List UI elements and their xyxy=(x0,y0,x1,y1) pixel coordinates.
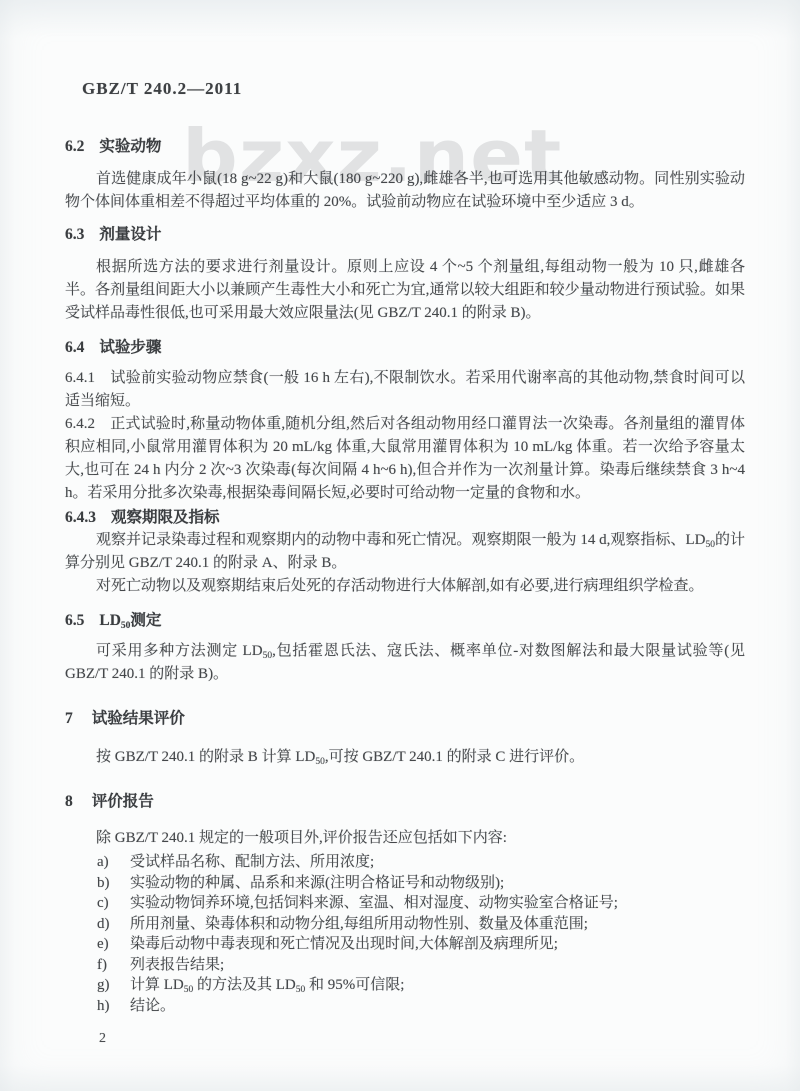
clause-number: 6.4.1 xyxy=(65,370,95,386)
text-run: 的方法及其 LD xyxy=(193,977,296,993)
item-label: b) xyxy=(97,873,117,894)
clause-text: 正式试验时,称量动物体重,随机分组,然后对各组动物用经口灌胃法一次染毒。各剂量组… xyxy=(65,416,745,501)
document-page: bzxz.net GBZ/T 240.2—2011 6.2实验动物 首选健康成年… xyxy=(0,0,800,1091)
item-text: 染毒后动物中毒表现和死亡情况及出现时间,大体解剖及病理所见; xyxy=(130,936,558,952)
section-title: 剂量设计 xyxy=(99,226,161,243)
section-number: 6.2 xyxy=(65,138,84,155)
item-label: d) xyxy=(97,914,117,935)
subscript: 50 xyxy=(296,985,306,995)
section-6-4-heading: 6.4试验步骤 xyxy=(65,337,745,359)
text-run: 和 95%可信限; xyxy=(305,977,404,993)
report-item-a: a)受试样品名称、配制方法、所用浓度; xyxy=(97,852,745,873)
section-8-heading: 8评价报告 xyxy=(65,791,745,813)
report-item-g: g)计算 LD50 的方法及其 LD50 和 95%可信限; xyxy=(97,975,745,996)
item-text: 受试样品名称、配制方法、所用浓度; xyxy=(130,854,374,870)
item-text: 实验动物饲养环境,包括饲料来源、室温、相对湿度、动物实验室合格证号; xyxy=(130,895,618,911)
report-item-d: d)所用剂量、染毒体积和动物分组,每组所用动物性别、数量及体重范围; xyxy=(97,914,745,935)
item-text: 列表报告结果; xyxy=(130,957,224,973)
item-label: e) xyxy=(97,934,117,955)
item-label: h) xyxy=(97,996,117,1017)
clause-number: 6.4.2 xyxy=(65,416,95,432)
item-label: f) xyxy=(97,955,117,976)
report-item-f: f)列表报告结果; xyxy=(97,955,745,976)
section-number: 8 xyxy=(65,793,73,810)
paragraph-6-4-1: 6.4.1试验前实验动物应禁食(一般 16 h 左右),不限制饮水。若采用代谢率… xyxy=(65,367,745,413)
item-label: c) xyxy=(97,893,117,914)
section-6-4-3-heading: 6.4.3观察期限及指标 xyxy=(65,507,745,529)
text-run: 观察并记录染毒过程和观察期内的动物中毒和死亡情况。观察期限一般为 14 d,观察… xyxy=(96,532,705,548)
text-run: 按 GBZ/T 240.1 的附录 B 计算 LD xyxy=(96,749,315,765)
page-content: GBZ/T 240.2—2011 6.2实验动物 首选健康成年小鼠(18 g~2… xyxy=(0,0,800,1048)
section-title: 实验动物 xyxy=(99,138,161,155)
subscript: 50 xyxy=(705,540,715,550)
section-number: 6.5 xyxy=(65,612,84,629)
section-number: 6.4.3 xyxy=(65,509,96,526)
subscript: 50 xyxy=(121,621,131,631)
paragraph-6-3: 根据所选方法的要求进行剂量设计。原则上应设 4 个~5 个剂量组,每组动物一般为… xyxy=(65,256,745,325)
paragraph-6-2: 首选健康成年小鼠(18 g~22 g)和大鼠(180 g~220 g),雌雄各半… xyxy=(65,168,745,214)
paragraph-6-4-3-necropsy: 对死亡动物以及观察期结束后处死的存活动物进行大体解剖,如有必要,进行病理组织学检… xyxy=(65,575,745,598)
text-run: ,可按 GBZ/T 240.1 的附录 C 进行评价。 xyxy=(325,749,584,765)
item-text: 实验动物的种属、品系和来源(注明合格证号和动物级别); xyxy=(130,875,504,891)
report-items-list: a)受试样品名称、配制方法、所用浓度; b)实验动物的种属、品系和来源(注明合格… xyxy=(97,852,745,1016)
item-label: g) xyxy=(97,975,117,996)
section-title: LD50测定 xyxy=(99,612,161,629)
text-run: LD xyxy=(99,612,121,629)
text-run: 可采用多种方法测定 LD xyxy=(96,643,263,659)
page-number: 2 xyxy=(99,1030,745,1048)
subscript: 50 xyxy=(184,985,194,995)
section-title: 观察期限及指标 xyxy=(111,509,220,526)
subscript: 50 xyxy=(315,757,325,767)
text-run: 计算 LD xyxy=(130,977,184,993)
paragraph-6-4-3-observation: 观察并记录染毒过程和观察期内的动物中毒和死亡情况。观察期限一般为 14 d,观察… xyxy=(65,529,745,575)
report-item-h: h)结论。 xyxy=(97,996,745,1017)
item-text: 结论。 xyxy=(130,998,175,1014)
standard-number-header: GBZ/T 240.2—2011 xyxy=(82,80,745,98)
section-6-2-heading: 6.2实验动物 xyxy=(65,136,745,158)
report-item-c: c)实验动物饲养环境,包括饲料来源、室温、相对湿度、动物实验室合格证号; xyxy=(97,893,745,914)
section-7-heading: 7试验结果评价 xyxy=(65,708,745,730)
paragraph-8-intro: 除 GBZ/T 240.1 规定的一般项目外,评价报告还应包括如下内容: xyxy=(65,827,745,850)
report-item-b: b)实验动物的种属、品系和来源(注明合格证号和动物级别); xyxy=(97,873,745,894)
item-label: a) xyxy=(97,852,117,873)
text-run: 测定 xyxy=(130,612,161,629)
section-6-5-heading: 6.5LD50测定 xyxy=(65,610,745,632)
section-6-3-heading: 6.3剂量设计 xyxy=(65,224,745,246)
subscript: 50 xyxy=(263,651,273,661)
report-item-e: e)染毒后动物中毒表现和死亡情况及出现时间,大体解剖及病理所见; xyxy=(97,934,745,955)
paragraph-6-4-2: 6.4.2正式试验时,称量动物体重,随机分组,然后对各组动物用经口灌胃法一次染毒… xyxy=(65,413,745,505)
section-title: 试验结果评价 xyxy=(92,710,185,727)
item-text: 计算 LD50 的方法及其 LD50 和 95%可信限; xyxy=(130,977,404,993)
paragraph-7: 按 GBZ/T 240.1 的附录 B 计算 LD50,可按 GBZ/T 240… xyxy=(65,746,745,769)
section-title: 试验步骤 xyxy=(99,339,161,356)
section-number: 7 xyxy=(65,710,73,727)
section-title: 评价报告 xyxy=(92,793,154,810)
item-text: 所用剂量、染毒体积和动物分组,每组所用动物性别、数量及体重范围; xyxy=(130,916,588,932)
clause-text: 试验前实验动物应禁食(一般 16 h 左右),不限制饮水。若采用代谢率高的其他动… xyxy=(65,370,745,409)
section-number: 6.3 xyxy=(65,226,84,243)
paragraph-6-5: 可采用多种方法测定 LD50,包括霍恩氏法、寇氏法、概率单位-对数图解法和最大限… xyxy=(65,640,745,686)
section-number: 6.4 xyxy=(65,339,84,356)
